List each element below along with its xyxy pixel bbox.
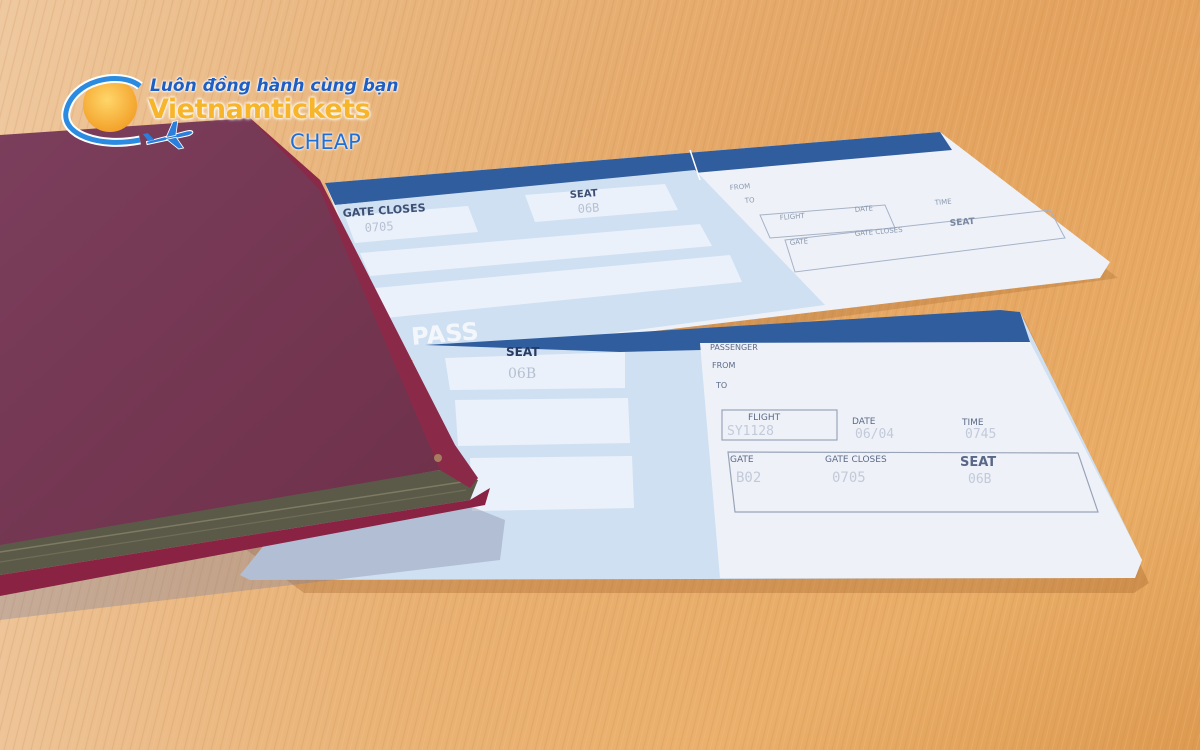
front-stub-seat-value: 06B — [508, 366, 536, 382]
back-time-label: TIME — [933, 198, 951, 208]
logo-tagline: Luôn đồng hành cùng bạn — [150, 76, 398, 96]
front-passenger-label: PASSENGER — [710, 343, 758, 352]
front-gate-value: B02 — [736, 470, 761, 486]
front-from-label: FROM — [712, 361, 735, 370]
front-gate-closes-value: 0705 — [832, 470, 866, 486]
front-gate-closes-label: GATE CLOSES — [825, 455, 887, 465]
back-seat-value: 06B — [577, 201, 600, 216]
logo-sub: CHEAP — [290, 130, 361, 154]
back-to-label: TO — [743, 196, 755, 205]
back-gate-closes-value: 0705 — [364, 219, 394, 235]
logo-brand: Vietnamtickets — [148, 94, 370, 125]
vietnamtickets-logo: Luôn đồng hành cùng bạn Vietnamtickets C… — [58, 70, 378, 165]
back-date-label: DATE — [854, 204, 873, 214]
front-stub-seat-label: SEAT — [506, 345, 540, 359]
front-flight-label: FLIGHT — [748, 413, 781, 423]
front-flight-value: SY1128 — [727, 424, 774, 439]
back-seat-label: SEAT — [569, 188, 598, 201]
front-seat-label: SEAT — [960, 455, 996, 470]
back-gate-label: GATE — [789, 237, 808, 247]
front-date-label: DATE — [852, 417, 876, 427]
front-time-value: 0745 — [965, 427, 996, 442]
front-date-value: 06/04 — [855, 427, 894, 442]
front-seat-value: 06B — [968, 472, 992, 487]
front-to-label: TO — [715, 381, 727, 390]
front-gate-label: GATE — [730, 455, 754, 465]
